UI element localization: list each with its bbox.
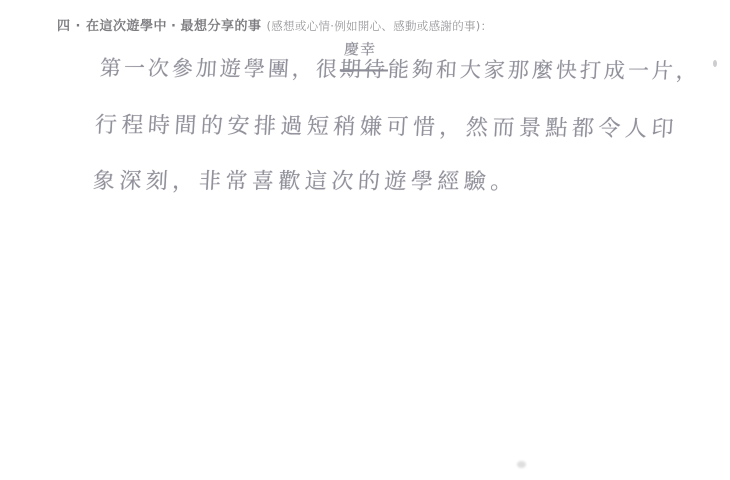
handwritten-line-2: 行程時間的安排過短稍嫌可惜，然而景點都令人印 bbox=[94, 108, 679, 143]
handwritten-text-line1-before: 第一次參加遊學團，很 bbox=[99, 56, 340, 81]
handwritten-line-3: 象深刻，非常喜歡這次的遊學經驗。 bbox=[92, 164, 518, 196]
handwritten-correction-group: 慶幸期待 bbox=[339, 53, 389, 83]
question-separator-1: · bbox=[76, 19, 81, 34]
question-number: 四 bbox=[57, 19, 71, 34]
scan-speck bbox=[713, 60, 717, 67]
question-separator-2: · bbox=[171, 19, 176, 34]
handwritten-strikethrough-text: 期待 bbox=[339, 57, 388, 81]
handwritten-correction-text: 慶幸 bbox=[344, 38, 377, 59]
handwritten-line-1: 第一次參加遊學團，很慶幸期待能夠和大家那麼快打成一片， bbox=[99, 52, 701, 85]
question-text-part1: 在這次遊學中 bbox=[86, 19, 167, 34]
question-text-part2: 最想分享的事 bbox=[180, 19, 261, 34]
scanned-questionnaire-page: 四·在這次遊學中·最想分享的事(感想或心情·例如開心、感動或感謝的事)： 第一次… bbox=[0, 0, 730, 480]
scan-speck bbox=[517, 461, 526, 468]
question-header: 四·在這次遊學中·最想分享的事(感想或心情·例如開心、感動或感謝的事)： bbox=[57, 17, 492, 36]
question-note: (感想或心情·例如開心、感動或感謝的事)： bbox=[266, 19, 492, 33]
handwritten-text-line1-after: 能夠和大家那麼快打成一片， bbox=[387, 58, 700, 84]
